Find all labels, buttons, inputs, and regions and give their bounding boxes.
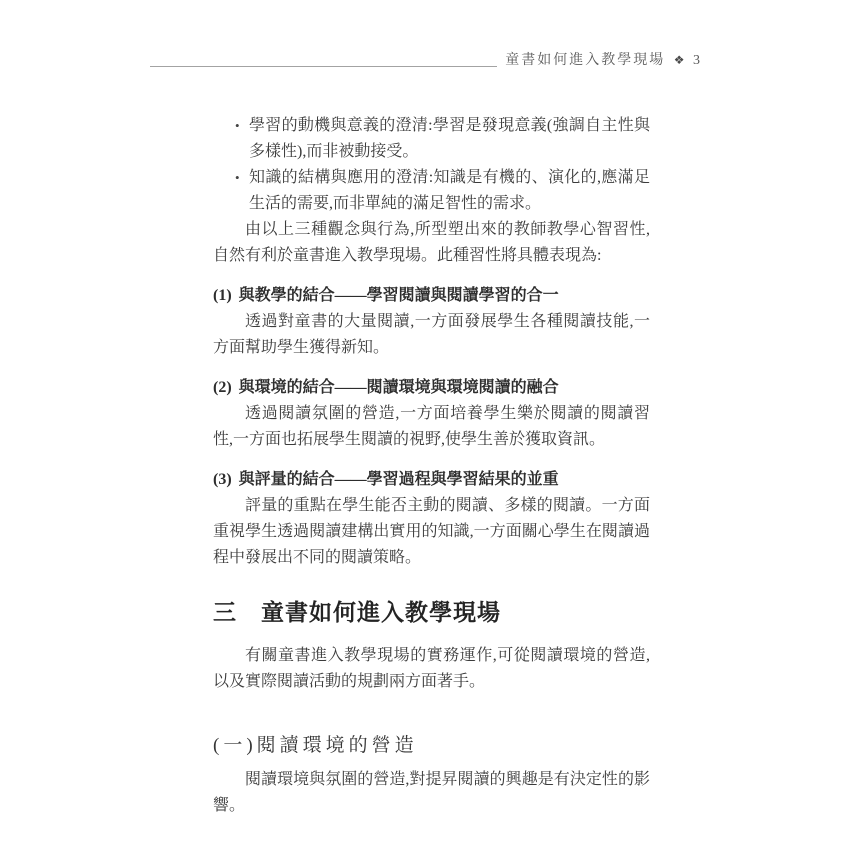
list-item: • 學習的動機與意義的澄清:學習是發現意義(強調自主性與多樣性),而非被動接受。	[213, 113, 650, 165]
section-heading: (1)與教學的結合——學習閱讀與閱讀學習的合一	[213, 283, 650, 309]
subsection-body: 閱讀環境與氛圍的營造,對提昇閱讀的興趣是有決定性的影響。	[213, 767, 650, 819]
bullet-icon: •	[235, 113, 240, 139]
book-page: 童書如何進入教學現場 ❖ 3 • 學習的動機與意義的澄清:學習是發現意義(強調自…	[0, 0, 850, 850]
section-title: 與評量的結合——學習過程與學習結果的並重	[239, 471, 559, 488]
subsection-title: 閱讀環境的營造	[257, 735, 418, 756]
running-head-text: 童書如何進入教學現場 ❖ 3	[497, 50, 700, 71]
section-number: (2)	[213, 379, 232, 396]
numbered-section-3: (3)與評量的結合——學習過程與學習結果的並重 評量的重點在學生能否主動的閱讀、…	[213, 467, 650, 571]
intro-paragraph: 由以上三種觀念與行為,所型塑出來的教師教學心智習性,自然有利於童書進入教學現場。…	[213, 217, 650, 269]
header-rule	[150, 66, 497, 67]
numbered-section-1: (1)與教學的結合——學習閱讀與閱讀學習的合一 透過對童書的大量閱讀,一方面發展…	[213, 283, 650, 361]
list-item: • 知識的結構與應用的澄清:知識是有機的、演化的,應滿足生活的需要,而非單純的滿…	[213, 165, 650, 217]
section-heading: (2)與環境的結合——閱讀環境與環境閱讀的融合	[213, 375, 650, 401]
page-number: 3	[693, 53, 700, 68]
bullet-text: 知識的結構與應用的澄清:知識是有機的、演化的,應滿足生活的需要,而非單純的滿足智…	[249, 169, 650, 212]
chapter-heading: 三 童書如何進入教學現場	[213, 595, 650, 631]
bullet-text: 學習的動機與意義的澄清:學習是發現意義(強調自主性與多樣性),而非被動接受。	[249, 117, 650, 160]
chapter-intro-paragraph: 有關童書進入教學現場的實務運作,可從閱讀環境的營造,以及實際閱讀活動的規劃兩方面…	[213, 643, 650, 695]
chapter-title: 童書如何進入教學現場	[261, 595, 501, 631]
section-body: 透過對童書的大量閱讀,一方面發展學生各種閱讀技能,一方面幫助學生獲得新知。	[213, 309, 650, 361]
section-body: 透過閱讀氛圍的營造,一方面培養學生樂於閱讀的閱讀習性,一方面也拓展學生閱讀的視野…	[213, 401, 650, 453]
bullet-icon: •	[235, 165, 240, 191]
section-body: 評量的重點在學生能否主動的閱讀、多樣的閱讀。一方面重視學生透過閱讀建構出實用的知…	[213, 493, 650, 571]
numbered-section-2: (2)與環境的結合——閱讀環境與環境閱讀的融合 透過閱讀氛圍的營造,一方面培養學…	[213, 375, 650, 453]
subsection-label: (一)	[213, 735, 257, 756]
header-chapter-title: 童書如何進入教學現場	[505, 53, 665, 68]
section-heading: (3)與評量的結合——學習過程與學習結果的並重	[213, 467, 650, 493]
section-title: 與環境的結合——閱讀環境與環境閱讀的融合	[239, 379, 559, 396]
subsection-heading: (一)閱讀環境的營造	[213, 731, 650, 761]
chapter-number: 三	[213, 595, 237, 631]
section-number: (1)	[213, 287, 232, 304]
page-header: 童書如何進入教學現場 ❖ 3	[150, 50, 700, 71]
section-number: (3)	[213, 471, 232, 488]
text-column: • 學習的動機與意義的澄清:學習是發現意義(強調自主性與多樣性),而非被動接受。…	[213, 113, 650, 819]
section-title: 與教學的結合——學習閱讀與閱讀學習的合一	[239, 287, 559, 304]
diamond-ornament-icon: ❖	[674, 53, 685, 67]
